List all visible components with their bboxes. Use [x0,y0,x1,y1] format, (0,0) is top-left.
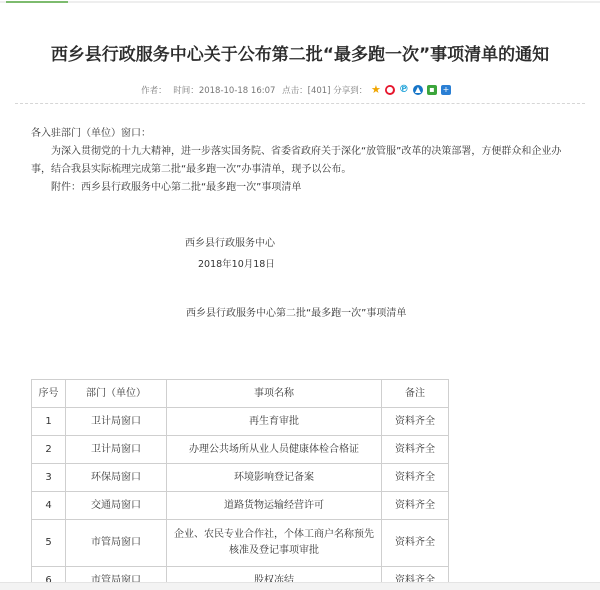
cell-index: 1 [32,408,66,436]
article-title: 西乡县行政服务中心关于公布第二批“最多跑一次”事项清单的通知 [0,40,600,65]
clicks-value: [401] [308,86,331,96]
table-row: 4 交通局窗口 道路货物运输经营许可 资料齐全 [32,492,449,520]
cell-remark: 资料齐全 [382,436,449,464]
bottom-scroll-edge [0,582,600,590]
table-row: 2 卫计局窗口 办理公共场所从业人员健康体检合格证 资料齐全 [32,436,449,464]
cell-item-name: 环境影响登记备案 [167,464,382,492]
table-row: 5 市管局窗口 企业、农民专业合作社，个体工商户名称预先核准及登记事项审批 资料… [32,520,449,567]
meta-divider [15,103,585,104]
share-icons: ★●℗▲▪+ [371,85,455,96]
cell-remark: 资料齐全 [382,520,449,567]
cell-index: 3 [32,464,66,492]
header-index: 序号 [32,380,66,408]
cell-item-name: 办理公共场所从业人员健康体检合格证 [167,436,382,464]
cell-department: 环保局窗口 [66,464,167,492]
share-label: 分享到： [333,86,367,96]
header-remark: 备注 [382,380,449,408]
signature-date: 2018年10月18日 [198,256,275,270]
cell-department: 交通局窗口 [66,492,167,520]
attachment-line: 附件：西乡县行政服务中心第二批“最多跑一次”事项清单 [31,179,581,197]
header-item-name: 事项名称 [167,380,382,408]
table-row: 1 卫计局窗口 再生育审批 资料齐全 [32,408,449,436]
cell-index: 4 [32,492,66,520]
cell-remark: 资料齐全 [382,464,449,492]
clicks-label: 点击： [282,86,308,96]
cell-department: 市管局窗口 [66,520,167,567]
wechat-icon[interactable]: ▪ [427,85,437,95]
cell-index: 2 [32,436,66,464]
items-table: 序号 部门（单位） 事项名称 备注 1 卫计局窗口 再生育审批 资料齐全 2 卫… [31,379,449,590]
salutation: 各入驻部门（单位）窗口： [31,125,581,143]
p-icon[interactable]: ℗ [399,85,409,95]
article-body: 各入驻部门（单位）窗口： 为深入贯彻党的十九大精神，进一步落实国务院、省委省政府… [31,125,581,197]
cell-item-name: 企业、农民专业合作社，个体工商户名称预先核准及登记事项审批 [167,520,382,567]
author-label: 作者： [141,86,167,96]
cell-item-name: 道路货物运输经营许可 [167,492,382,520]
time-label: 时间： [173,86,199,96]
table-row: 3 环保局窗口 环境影响登记备案 资料齐全 [32,464,449,492]
article-meta: 作者： 时间：2018-10-18 16:07 点击：[401] 分享到： ★●… [0,84,600,96]
cell-remark: 资料齐全 [382,408,449,436]
plus-icon[interactable]: + [441,85,451,95]
cell-remark: 资料齐全 [382,492,449,520]
cell-item-name: 再生育审批 [167,408,382,436]
a-icon[interactable]: ▲ [413,85,423,95]
list-title: 西乡县行政服务中心第二批“最多跑一次”事项清单 [186,304,406,319]
signature-org: 西乡县行政服务中心 [185,234,275,249]
cell-index: 5 [32,520,66,567]
header-department: 部门（单位） [66,380,167,408]
active-tab-indicator [6,1,68,3]
cell-department: 卫计局窗口 [66,408,167,436]
top-rule [0,1,600,3]
time-value: 2018-10-18 16:07 [199,86,276,96]
table-header-row: 序号 部门（单位） 事项名称 备注 [32,380,449,408]
body-paragraph: 为深入贯彻党的十九大精神，进一步落实国务院、省委省政府关于深化“放管服”改革的决… [31,143,581,179]
weibo-icon[interactable]: ● [385,85,395,95]
star-icon[interactable]: ★ [371,85,381,95]
cell-department: 卫计局窗口 [66,436,167,464]
